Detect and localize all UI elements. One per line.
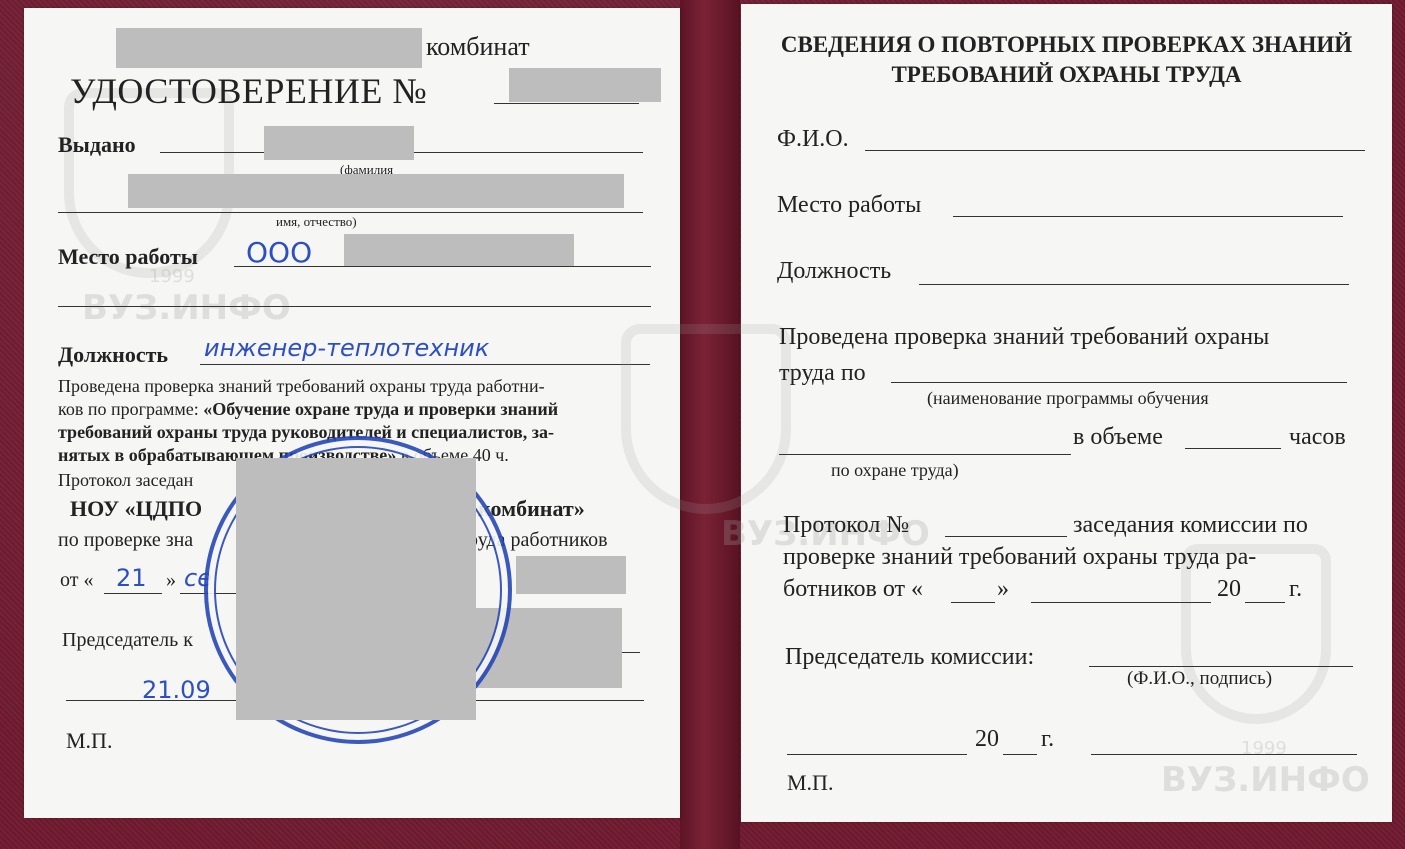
protocol-close-quote: »	[997, 576, 1009, 603]
position-line	[200, 364, 650, 365]
watermark-brand-right: ВУЗ.ИНФО	[1161, 760, 1370, 800]
watermark-shield-icon-right	[1181, 544, 1331, 724]
redacted-surname	[264, 126, 414, 160]
hint-fio-sign: (Ф.И.О., подпись)	[1127, 668, 1272, 690]
hours-line	[1185, 448, 1281, 449]
workplace-value: ООО	[246, 236, 312, 269]
hint-program: (наименование программы обучения	[927, 388, 1209, 409]
right-date-year-prefix: 20	[975, 726, 999, 753]
hint-name: имя, отчество)	[276, 214, 357, 230]
commission-text-prefix: по проверке зна	[58, 530, 193, 551]
mp-label: М.П.	[66, 728, 112, 754]
date-day: 21	[116, 564, 147, 592]
protocol-text-3: ботников от «	[783, 576, 923, 603]
redacted-stamp-center	[236, 458, 476, 720]
issued-label: Выдано	[58, 132, 136, 158]
check-text-line-2: ков по программе: «Обучение охране труда…	[58, 399, 558, 420]
org-name-prefix: НОУ «ЦДПО	[70, 496, 202, 522]
hint-program-end: по охране труда)	[831, 460, 959, 481]
right-position-label: Должность	[777, 258, 891, 285]
hours-label: часов	[1289, 424, 1346, 451]
right-page: ВУЗ.ИНФО 1999 ВУЗ.ИНФО СВЕДЕНИЯ О ПОВТОР…	[741, 4, 1392, 822]
right-check-line-2: труда по	[779, 360, 866, 387]
right-date-year-line	[1003, 754, 1037, 755]
issued-name-line	[58, 212, 643, 213]
right-title-line-1: СВЕДЕНИЯ О ПОВТОРНЫХ ПРОВЕРКАХ ЗНАНИЙ	[741, 32, 1392, 58]
right-chairman-line	[1089, 666, 1353, 667]
protocol-label: Протокол заседан	[58, 470, 193, 491]
right-check-line-1: Проведена проверка знаний требований охр…	[779, 324, 1269, 351]
fio-line	[865, 150, 1365, 151]
right-workplace-label: Место работы	[777, 192, 921, 219]
program-name-start: «Обучение охране труда и проверки знаний	[203, 399, 558, 419]
redacted-workplace	[344, 234, 574, 266]
right-title-line-2: ТРЕБОВАНИЙ ОХРАНЫ ТРУДА	[741, 62, 1392, 88]
check-text-line-3: требований охраны труда руководителей и …	[58, 422, 554, 443]
right-mp-label: М.П.	[787, 770, 833, 796]
watermark-shield-icon-mid	[621, 324, 791, 514]
right-date-line	[787, 754, 967, 755]
right-workplace-line	[953, 216, 1343, 217]
watermark-brand: ВУЗ.ИНФО	[82, 288, 291, 328]
right-position-line	[919, 284, 1349, 285]
date-from-label: от «	[60, 570, 93, 591]
program-line	[891, 382, 1347, 383]
redacted-certificate-number	[509, 68, 661, 102]
right-date-year-suffix: г.	[1041, 726, 1054, 753]
right-signature-line	[1091, 754, 1357, 755]
certificate-number-line	[494, 103, 639, 104]
protocol-year-line	[1245, 602, 1285, 603]
position-label: Должность	[58, 342, 168, 368]
sign-date: 21.09	[142, 676, 211, 704]
date-day-line	[104, 593, 162, 594]
date-close-quote: »	[166, 570, 176, 591]
redacted-date-year	[516, 556, 626, 594]
protocol-text-1: заседания комиссии по	[1073, 512, 1308, 539]
org-suffix: комбинат	[426, 32, 530, 62]
check-text-prefix: ков по программе:	[58, 399, 203, 419]
left-page: 1999 ВУЗ.ИНФО комбинат УДОСТОВЕРЕНИЕ № В…	[24, 8, 680, 818]
program-name-middle: требований охраны труда руководителей и …	[58, 422, 554, 442]
chairman-label: Председатель к	[62, 630, 193, 651]
redacted-org-name	[116, 28, 422, 68]
right-chairman-label: Председатель комиссии:	[785, 644, 1034, 671]
protocol-year-suffix: г.	[1289, 576, 1302, 603]
workplace-label: Место работы	[58, 244, 198, 270]
certificate-title: УДОСТОВЕРЕНИЕ №	[70, 70, 427, 112]
program-line-2	[779, 454, 1071, 455]
watermark-year-right: 1999	[1241, 738, 1287, 759]
volume-label: в объеме	[1073, 424, 1163, 451]
protocol-text-2: проверке знаний требований охраны труда …	[783, 544, 1256, 571]
right-protocol-label: Протокол №	[783, 512, 909, 539]
protocol-day-line	[951, 602, 995, 603]
fio-label: Ф.И.О.	[777, 126, 849, 153]
redacted-name	[128, 174, 624, 208]
protocol-month-line	[1031, 602, 1211, 603]
check-text-line-1: Проведена проверка знаний требований охр…	[58, 376, 545, 397]
protocol-year-prefix: 20	[1217, 576, 1241, 603]
position-value: инженер-теплотехник	[204, 334, 489, 362]
protocol-number-line	[945, 536, 1067, 537]
workplace-line-2	[58, 306, 651, 307]
